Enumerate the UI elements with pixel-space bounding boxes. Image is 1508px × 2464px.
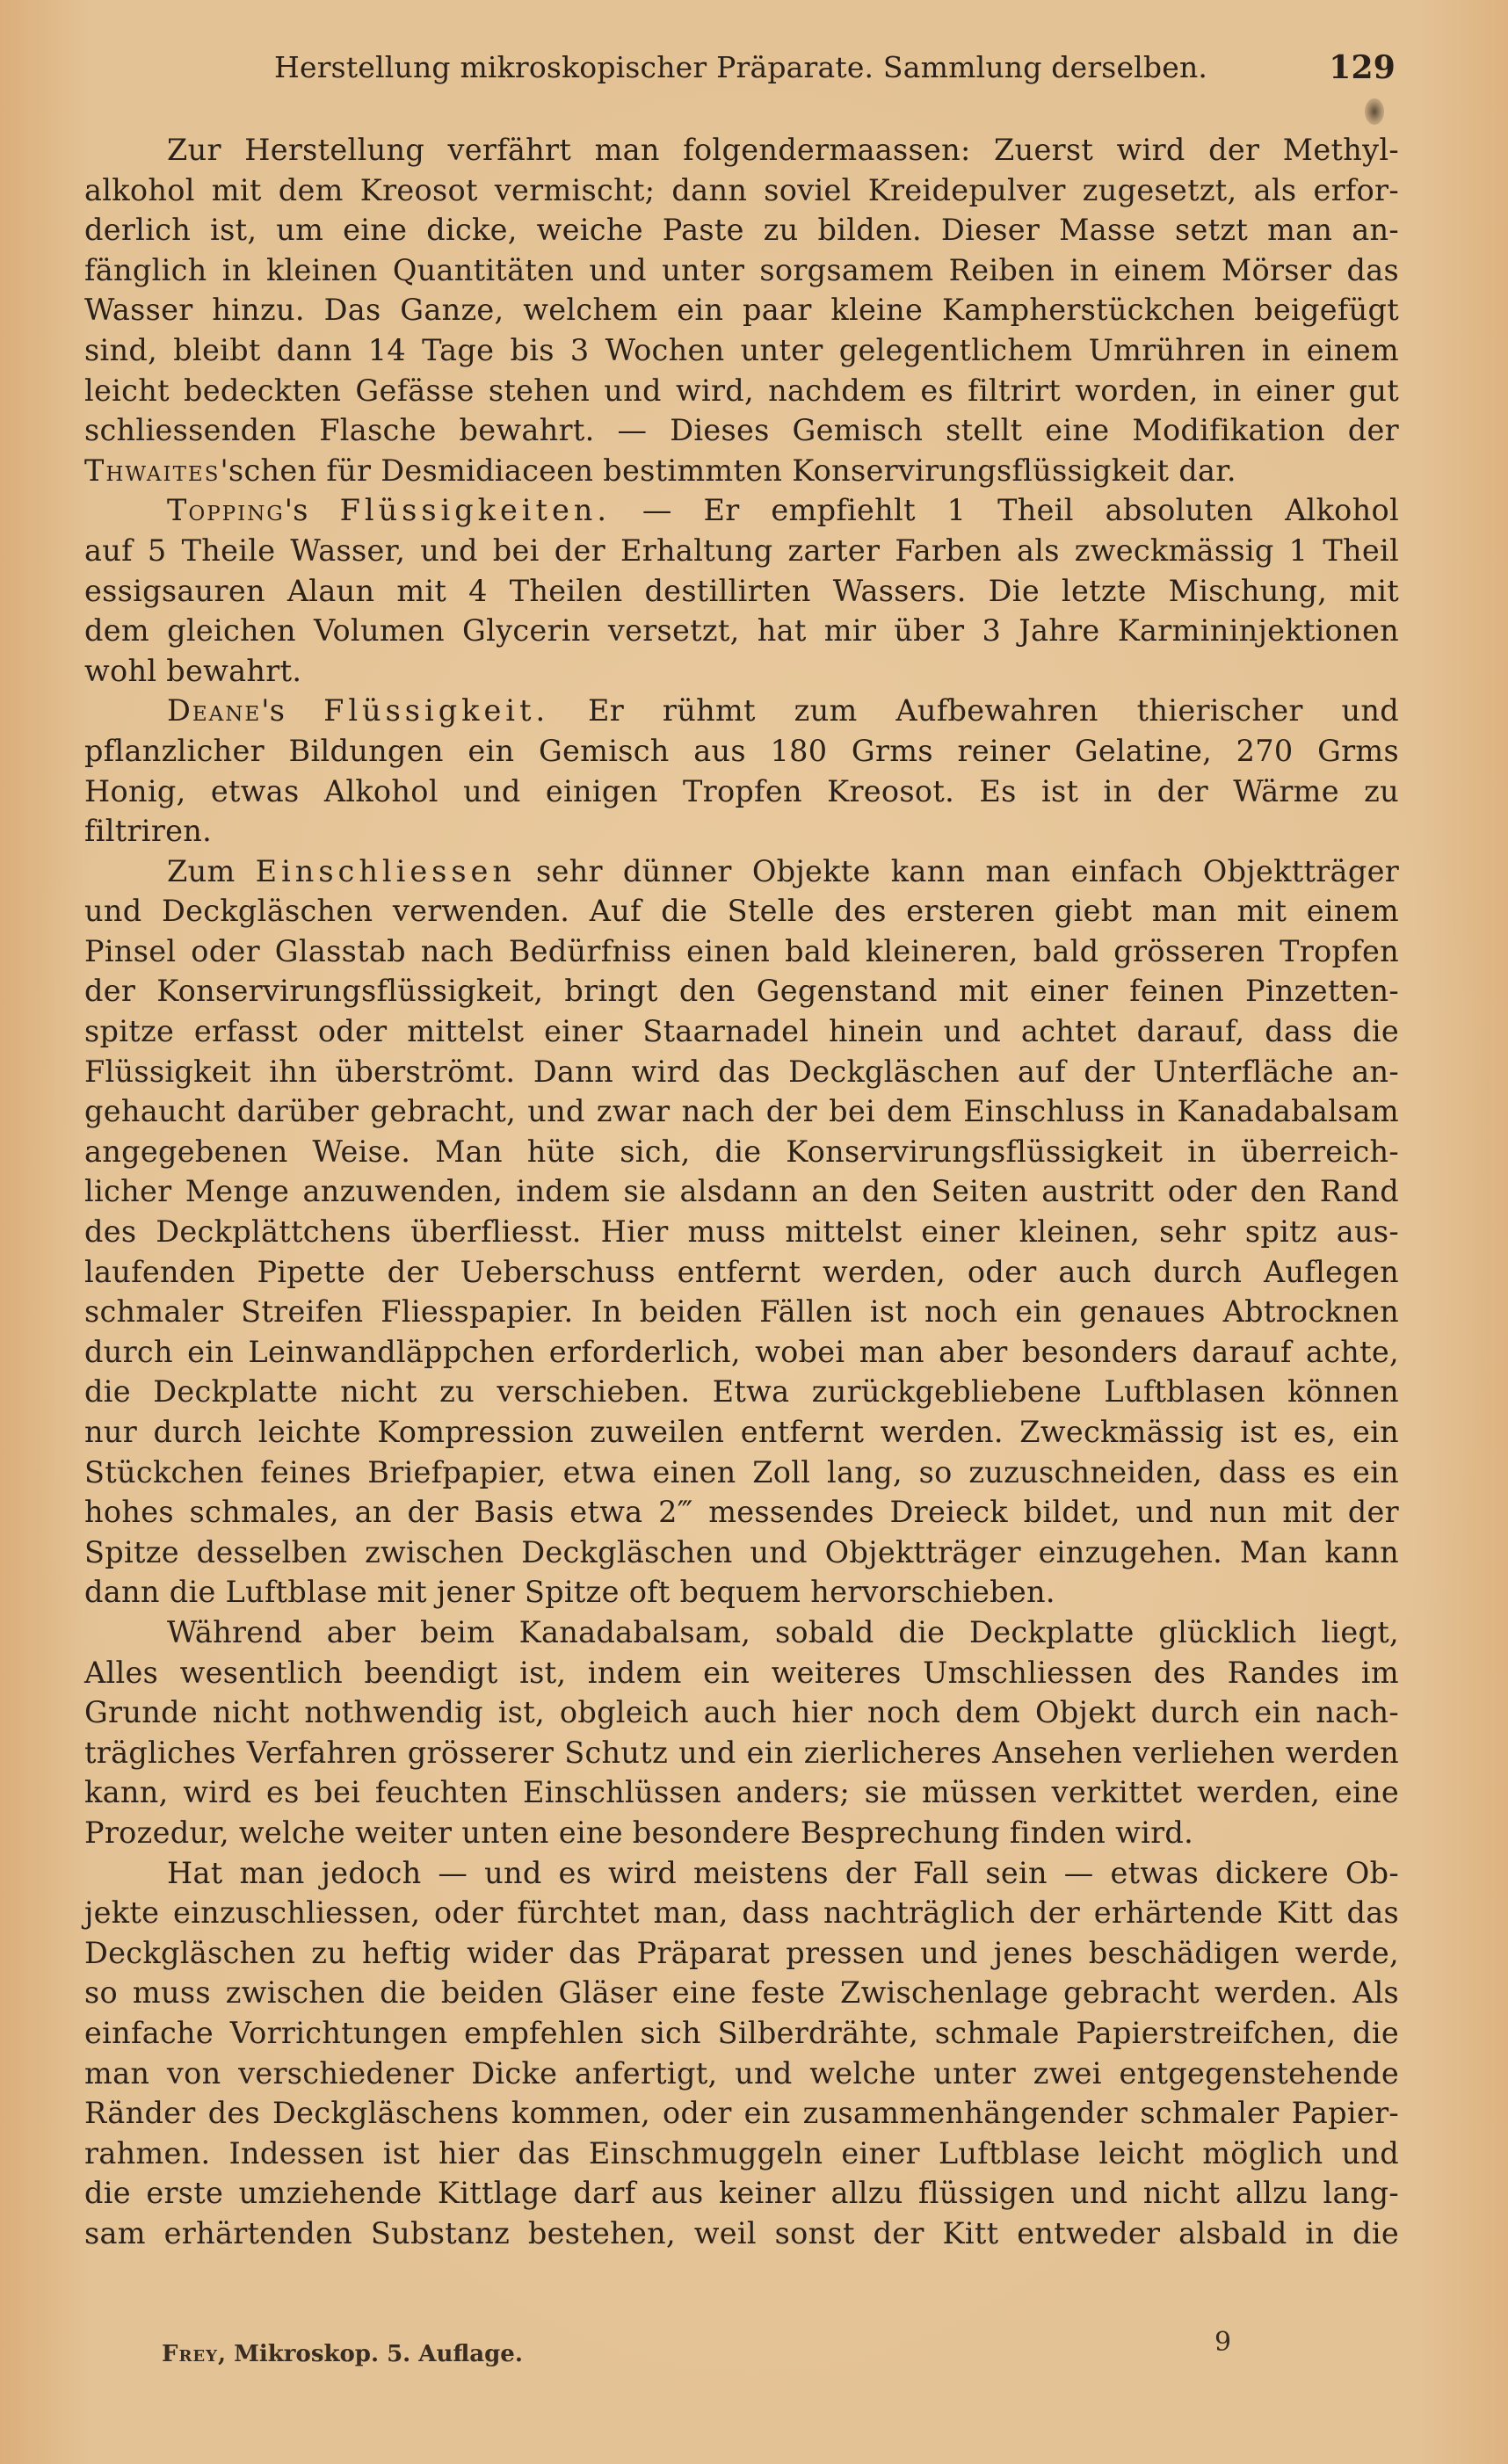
text-line: licher Menge anzuwenden, indem sie alsda… — [84, 1171, 1399, 1212]
section-term: Flüssigkeiten. — [340, 493, 611, 527]
text-line: einfache Vorrichtungen empfehlen sich Si… — [84, 2013, 1399, 2054]
text-line: Ränder des Deckgläschens kommen, oder ei… — [84, 2093, 1399, 2134]
text-line: pflanzlicher Bildungen ein Gemisch aus 1… — [84, 731, 1399, 772]
footer-signature: Frey, Mikroskop. 5. Auflage. — [162, 2341, 523, 2367]
text-line: spitze erfasst oder mittelst einer Staar… — [84, 1011, 1399, 1052]
body-text: Zur Herstellung verfährt man folgenderma… — [84, 130, 1399, 2253]
text-line: kann, wird es bei feuchten Einschlüssen … — [84, 1772, 1399, 1813]
text-line: hohes schmales, an der Basis etwa 2‴ mes… — [84, 1492, 1399, 1533]
text-line: man von verschiedener Dicke anfertigt, u… — [84, 2054, 1399, 2094]
text-line: wohl bewahrt. — [84, 651, 1399, 692]
text-fragment: Er rühmt zum Aufbewahren thierischer und — [549, 693, 1399, 728]
page-number: 129 — [1329, 46, 1396, 90]
text-line: sind, bleibt dann 14 Tage bis 3 Wochen u… — [84, 330, 1399, 371]
footer-author: Frey — [162, 2341, 218, 2367]
paragraph-kanadabalsam: Während aber beim Kanadabalsam, sobald d… — [84, 1612, 1399, 1853]
text-line: laufenden Pipette der Ueberschuss entfer… — [84, 1252, 1399, 1293]
text-fragment: — Er empfiehlt 1 Theil absoluten Alkohol — [611, 493, 1399, 527]
paragraph-dickere-objekte: Hat man jedoch — und es wird meistens de… — [84, 1853, 1399, 2254]
text-line: angegebenen Weise. Man hüte sich, die Ko… — [84, 1132, 1399, 1172]
text-line: Zum Einschliessen sehr dünner Objekte ka… — [84, 852, 1399, 892]
text-fragment: 's — [261, 693, 285, 728]
text-line: die Deckplatte nicht zu verschieben. Etw… — [84, 1372, 1399, 1412]
text-line: fänglich in kleinen Quantitäten und unte… — [84, 250, 1399, 291]
text-line: filtriren. — [84, 811, 1399, 852]
text-line: gehaucht darüber gebracht, und zwar nach… — [84, 1091, 1399, 1132]
section-term: Einschliessen — [256, 854, 516, 888]
footer-book-title: , Mikroskop. 5. Auflage. — [218, 2341, 523, 2367]
text-line: Prozedur, welche weiter unten eine beson… — [84, 1813, 1399, 1853]
text-line: Grunde nicht nothwendig ist, obgleich au… — [84, 1692, 1399, 1733]
text-line: die erste umziehende Kittlage darf aus k… — [84, 2173, 1399, 2214]
paragraph-deane: Deane's Flüssigkeit. Er rühmt zum Aufbew… — [84, 691, 1399, 851]
text-line: Alles wesentlich beendigt ist, indem ein… — [84, 1653, 1399, 1693]
text-line: Deane's Flüssigkeit. Er rühmt zum Aufbew… — [84, 691, 1399, 731]
running-head: Herstellung mikroskopischer Präparate. S… — [274, 46, 1396, 90]
text-line: essigsauren Alaun mit 4 Theilen destilli… — [84, 571, 1399, 612]
text-line: jekte einzuschliessen, oder fürchtet man… — [84, 1893, 1399, 1933]
text-line: Zur Herstellung verfährt man folgenderma… — [84, 130, 1399, 170]
text-line: trägliches Verfahren grösserer Schutz un… — [84, 1733, 1399, 1773]
text-line: schmaler Streifen Fliesspapier. In beide… — [84, 1292, 1399, 1332]
paragraph-preparation: Zur Herstellung verfährt man folgenderma… — [84, 130, 1399, 490]
text-line: alkohol mit dem Kreosot vermischt; dann … — [84, 170, 1399, 211]
text-line: Honig, etwas Alkohol und einigen Tropfen… — [84, 772, 1399, 812]
text-line: Flüssigkeit ihn überströmt. Dann wird da… — [84, 1052, 1399, 1092]
text-line: so muss zwischen die beiden Gläser eine … — [84, 1973, 1399, 2013]
text-line: Thwaites'schen für Desmidiaceen bestimmt… — [84, 451, 1399, 491]
text-line: Deckgläschen zu heftig wider das Präpara… — [84, 1933, 1399, 1974]
text-line: Stückchen feines Briefpapier, etwa einen… — [84, 1453, 1399, 1493]
section-term: Flüssigkeit. — [323, 693, 549, 728]
text-fragment: Zum — [167, 854, 256, 888]
text-fragment: 'schen für Desmidiaceen bestimmten Konse… — [220, 453, 1236, 488]
ink-blot-mark — [1365, 98, 1384, 125]
text-line: durch ein Leinwandläppchen erforderlich,… — [84, 1332, 1399, 1373]
author-name-deane: Deane — [167, 693, 261, 728]
text-line: rahmen. Indessen ist hier das Einschmugg… — [84, 2134, 1399, 2174]
text-fragment: 's — [285, 493, 308, 527]
text-line: nur durch leichte Kompression zuweilen e… — [84, 1412, 1399, 1453]
text-line: derlich ist, um eine dicke, weiche Paste… — [84, 210, 1399, 250]
text-line: leicht bedeckten Gefässe stehen und wird… — [84, 371, 1399, 411]
text-line: der Konservirungsflüssigkeit, bringt den… — [84, 971, 1399, 1011]
sheet-signature-mark: 9 — [1214, 2327, 1231, 2358]
text-line: Pinsel oder Glasstab nach Bedürfniss ein… — [84, 931, 1399, 972]
text-line: dem gleichen Volumen Glycerin versetzt, … — [84, 611, 1399, 651]
running-head-title: Herstellung mikroskopischer Präparate. S… — [274, 46, 1207, 90]
author-name-topping: Topping — [167, 493, 285, 527]
paragraph-einschliessen: Zum Einschliessen sehr dünner Objekte ka… — [84, 852, 1399, 1612]
text-line: Hat man jedoch — und es wird meistens de… — [84, 1853, 1399, 1894]
text-line: schliessenden Flasche bewahrt. — Dieses … — [84, 410, 1399, 451]
text-line: Topping's Flüssigkeiten. — Er empfiehlt … — [84, 490, 1399, 531]
text-line: dann die Luftblase mit jener Spitze oft … — [84, 1572, 1399, 1612]
text-fragment: sehr dünner Objekte kann man einfach Obj… — [516, 854, 1399, 888]
author-name-thwaites: Thwaites — [84, 453, 220, 488]
book-page: Herstellung mikroskopischer Präparate. S… — [0, 0, 1508, 2464]
text-line: und Deckgläschen verwenden. Auf die Stel… — [84, 891, 1399, 931]
text-line: auf 5 Theile Wasser, und bei der Erhaltu… — [84, 531, 1399, 571]
text-line: des Deckplättchens überfliesst. Hier mus… — [84, 1212, 1399, 1252]
text-line: Spitze desselben zwischen Deckgläschen u… — [84, 1533, 1399, 1573]
text-line: Wasser hinzu. Das Ganze, welchem ein paa… — [84, 290, 1399, 330]
text-line: sam erhärtenden Substanz bestehen, weil … — [84, 2214, 1399, 2254]
text-line: Während aber beim Kanadabalsam, sobald d… — [84, 1612, 1399, 1653]
paragraph-topping: Topping's Flüssigkeiten. — Er empfiehlt … — [84, 490, 1399, 691]
